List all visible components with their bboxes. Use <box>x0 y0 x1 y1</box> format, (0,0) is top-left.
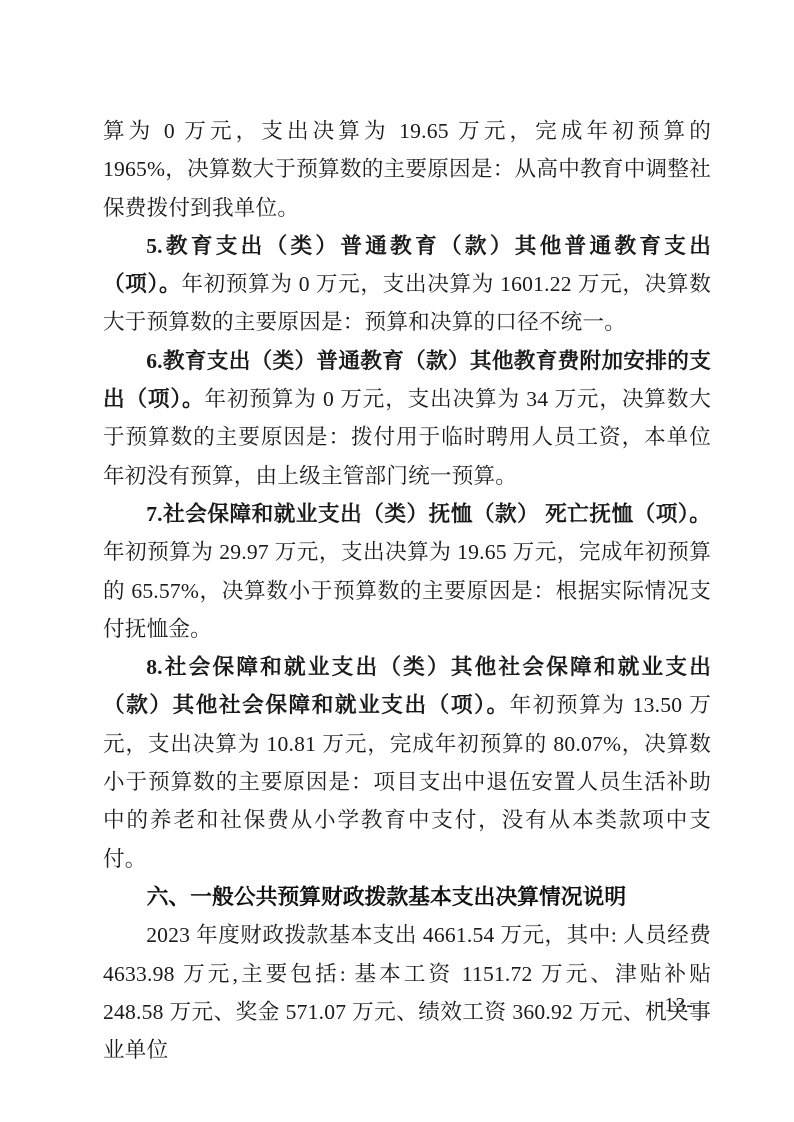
paragraph-item6: 6.教育支出（类）普通教育（款）其他教育费附加安排的支出（项）。年初预算为 0 … <box>103 342 711 495</box>
item7-heading: 7.社会保障和就业支出（类）抚恤（款） 死亡抚恤（项）。 <box>146 502 711 526</box>
document-page: 算为 0 万元，支出决算为 19.65 万元，完成年初预算的 1965%，决算数… <box>0 0 794 1122</box>
item8-text: 年初预算为 13.50 万元，支出决算为 10.81 万元，完成年初预算的 80… <box>103 693 711 870</box>
page-body: 算为 0 万元，支出决算为 19.65 万元，完成年初预算的 1965%，决算数… <box>103 112 711 1069</box>
item7-text: 年初预算为 29.97 万元，支出决算为 19.65 万元，完成年初预算的 65… <box>103 540 711 641</box>
item5-text: 年初预算为 0 万元，支出决算为 1601.22 万元，决算数大于预算数的主要原… <box>103 272 711 334</box>
page-number: -13- <box>657 994 694 1016</box>
paragraph-continuation: 算为 0 万元，支出决算为 19.65 万元，完成年初预算的 1965%，决算数… <box>103 112 711 227</box>
paragraph-item5: 5.教育支出（类）普通教育（款）其他普通教育支出（项）。年初预算为 0 万元，支… <box>103 227 711 342</box>
paragraph-basic-expenditure: 2023 年度财政拨款基本支出 4661.54 万元，其中: 人员经费 4633… <box>103 916 711 1069</box>
paragraph-item8: 8.社会保障和就业支出（类）其他社会保障和就业支出（款）其他社会保障和就业支出（… <box>103 648 711 878</box>
section-six-heading: 六、一般公共预算财政拨款基本支出决算情况说明 <box>103 878 711 916</box>
paragraph-item7: 7.社会保障和就业支出（类）抚恤（款） 死亡抚恤（项）。年初预算为 29.97 … <box>103 495 711 648</box>
